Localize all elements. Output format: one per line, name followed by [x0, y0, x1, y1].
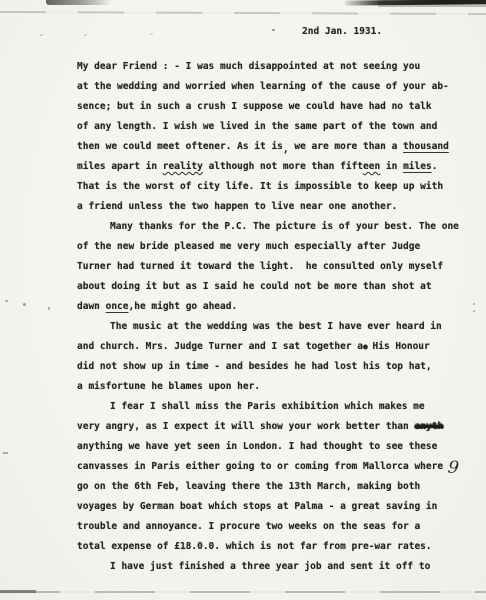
letter-line: go on the 6th Feb, leaving there the 13t…: [77, 477, 477, 497]
letter-text-segment: fift: [340, 161, 363, 172]
letter-text-segment: trouble and annoyance. I procure two wee…: [77, 521, 420, 532]
letter-line: That is the worst of city life. It is im…: [77, 177, 477, 197]
letter-line: miles apart in reality although not more…: [77, 157, 477, 177]
letter-text-segment: did not show up in time - and besides he…: [77, 361, 432, 372]
letter-text-segment: very angry, as I expect it will show you…: [77, 421, 414, 432]
letter-text-segment: although not more than: [203, 161, 340, 172]
letter-line: dawn once,he might go ahead.: [77, 297, 477, 317]
letter-text-segment: we are more than a: [289, 141, 403, 152]
letter-line: My dear Friend : - I was much disappoint…: [77, 57, 477, 77]
letter-line: trouble and annoyance. I procure two wee…: [77, 517, 477, 537]
letter-text-segment: anything we have yet seen in London. I h…: [77, 441, 437, 452]
letter-text-segment: That is the worst of city life. It is im…: [77, 181, 443, 192]
letter-text-segment: about doing it but as I said he could no…: [77, 281, 432, 292]
letter-text-segment: Many thanks for the P.C. The picture is …: [110, 221, 459, 232]
letter-line: The music at the wedding was the best I …: [77, 317, 477, 337]
letter-text-segment: voyages by German boat which stops at Pa…: [77, 501, 437, 512]
letter-line: anything we have yet seen in London. I h…: [77, 437, 477, 457]
letter-line: at the wedding and worried when learning…: [77, 77, 477, 97]
scan-line-bottom-cap: [0, 590, 36, 593]
scan-speck: [84, 34, 87, 36]
letter-text-segment: miles apart in: [77, 161, 163, 172]
scan-speck: [5, 300, 8, 302]
letter-text-segment: miles: [403, 161, 432, 172]
letter-line: very angry, as I expect it will show you…: [77, 417, 477, 437]
letter-line: of any length. I wish we lived in the sa…: [77, 117, 477, 137]
letter-text-segment: a misfortune he blames upon her.: [77, 381, 260, 392]
handwritten-insert: 9: [447, 457, 460, 478]
letter-text-segment: ,he might go ahead.: [129, 301, 238, 312]
scanned-letter-page: 2nd Jan. 1931. My dear Friend : - I was …: [0, 0, 486, 600]
letter-line: I fear I shall miss the Paris exhibition…: [77, 397, 477, 417]
letter-text-segment: .: [432, 161, 438, 172]
letter-text-segment: I have just finished a three year job an…: [110, 561, 430, 572]
letter-line: a misfortune he blames upon her.: [77, 377, 477, 397]
letter-text-segment: dawn: [77, 301, 106, 312]
scan-speck: [150, 33, 153, 35]
letter-text-segment: in: [380, 161, 403, 172]
letter-text-segment: thousand: [403, 141, 449, 152]
letter-text-segment: sence; but in such a crush I suppose we …: [77, 101, 432, 112]
letter-line: sence; but in such a crush I suppose we …: [77, 97, 477, 117]
scan-line-bottom: [0, 591, 486, 593]
letter-text-segment: and church. Mrs. Judge Turner and I sat …: [77, 341, 363, 352]
scan-bar-top-right-trail: [378, 5, 486, 7]
letter-text-segment: at the wedding and worried when learning…: [77, 81, 449, 92]
letter-text-segment: My dear Friend : - I was much disappoint…: [77, 61, 420, 72]
scan-line-top: [0, 11, 486, 15]
letter-text-segment: reality: [163, 161, 203, 172]
letter-text-segment: a friend unless the two happen to live n…: [77, 201, 397, 212]
letter-text-segment: of any length. I wish we lived in the sa…: [77, 121, 437, 132]
letter-text-segment: then we could meet oftener. As it is: [77, 141, 283, 152]
letter-line: Turner had turned it toward the light. h…: [77, 257, 477, 277]
scan-speck: [40, 34, 43, 36]
scan-speck: [3, 452, 8, 454]
letter-date: 2nd Jan. 1931.: [302, 25, 382, 39]
letter-text-segment: The music at the wedding was the best I …: [110, 321, 442, 332]
letter-line: total expense of £18.0.0. which is not f…: [77, 537, 477, 557]
letter-body: My dear Friend : - I was much disappoint…: [77, 57, 477, 577]
letter-line: then we could meet oftener. As it is, we…: [77, 137, 477, 157]
letter-line: of the new bride pleased me very much es…: [77, 237, 477, 257]
letter-line: about doing it but as I said he could no…: [77, 277, 477, 297]
letter-line: voyages by German boat which stops at Pa…: [77, 497, 477, 517]
letter-line: did not show up in time - and besides he…: [77, 357, 477, 377]
scan-smudge-top-left: [46, 0, 112, 5]
letter-text-segment: een: [363, 161, 380, 172]
letter-text-segment: canvasses in Paris either going to or co…: [77, 461, 443, 472]
letter-text-segment: total expense of £18.0.0. which is not f…: [77, 541, 432, 552]
scan-speck: [48, 307, 50, 310]
letter-line: a friend unless the two happen to live n…: [77, 197, 477, 217]
letter-line: canvasses in Paris either going to or co…: [77, 457, 477, 477]
letter-line: Many thanks for the P.C. The picture is …: [77, 217, 477, 237]
letter-text-segment: anyth: [414, 421, 443, 432]
letter-text-segment: I fear I shall miss the Paris exhibition…: [110, 401, 425, 412]
letter-line: and church. Mrs. Judge Turner and I sat …: [77, 337, 477, 357]
letter-line: I have just finished a three year job an…: [77, 557, 477, 577]
letter-text-segment: ,: [283, 144, 289, 155]
scan-speck: [23, 303, 26, 306]
letter-text-segment: go on the 6th Feb, leaving there the 13t…: [77, 481, 420, 492]
letter-text-segment: once: [106, 301, 129, 312]
letter-text-segment: His Honour: [367, 341, 430, 352]
letter-text-segment: of the new bride pleased me very much es…: [77, 241, 420, 252]
letter-text-segment: Turner had turned it toward the light. h…: [77, 261, 443, 272]
scan-speck: [272, 29, 275, 31]
